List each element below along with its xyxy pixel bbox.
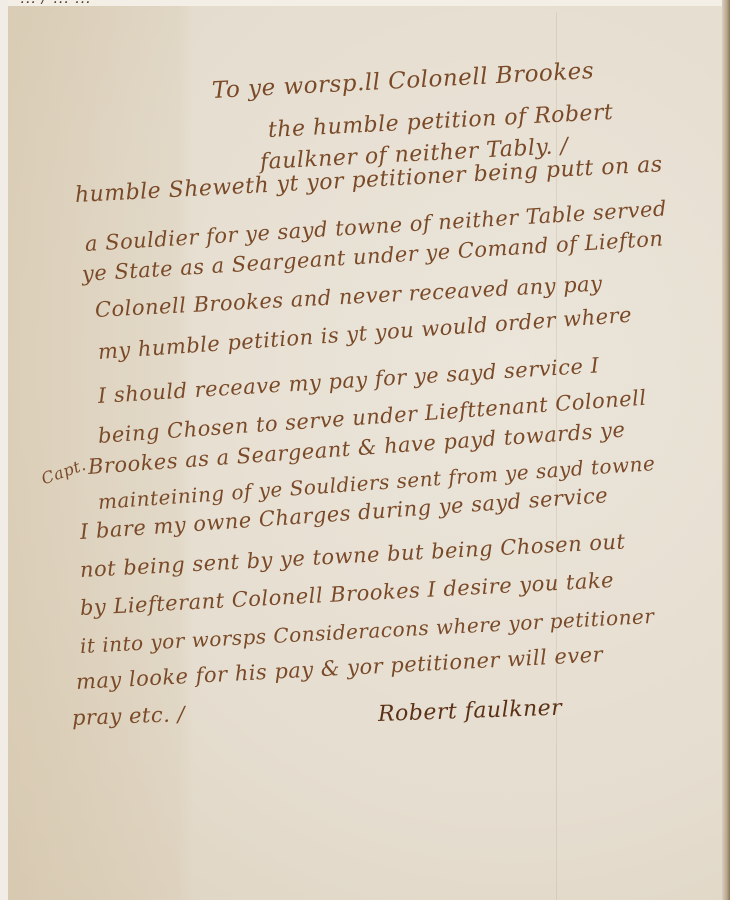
body-line-15: pray etc. / bbox=[72, 702, 186, 730]
right-page-edge bbox=[722, 0, 730, 900]
left-margin-edge bbox=[0, 0, 8, 900]
